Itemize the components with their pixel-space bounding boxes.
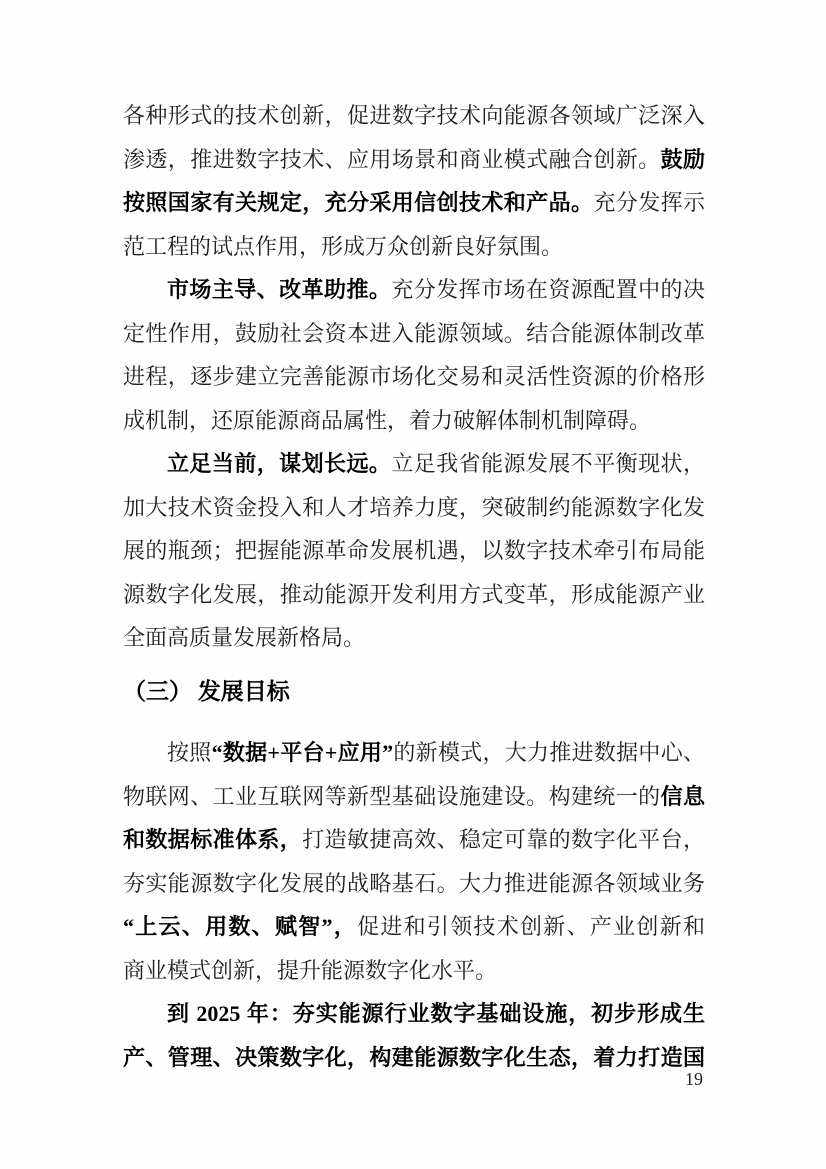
text-line: 商业模式创新，提升能源数字化水平。 (123, 949, 705, 993)
text-segment: 源数字化发展，推动能源开发利用方式变革，形成能源产业 (123, 582, 705, 607)
text-segment: 和数据标准体系， (123, 827, 302, 852)
text-segment: 加大技术资金投入和人才培养力度，突破制约能源数字化发 (123, 495, 705, 520)
text-segment: “上云、用数、赋智”， (123, 914, 357, 939)
text-segment: 成机制，还原能源商品属性，着力破解体制机制障碍。 (123, 408, 651, 433)
text-line: 按照“数据+平台+应用”的新模式，大力推进数据中心、 (123, 731, 705, 775)
paragraph: 各种形式的技术创新，促进数字技术向能源各领域广泛深入渗透，推进数字技术、应用场景… (123, 94, 705, 268)
text-line: （三） 发展目标 (123, 670, 705, 714)
text-line: 成机制，还原能源商品属性，着力破解体制机制障碍。 (123, 399, 705, 443)
text-line: 立足当前，谋划长远。立足我省能源发展不平衡现状， (123, 442, 705, 486)
text-segment: 各种形式的技术创新，促进数字技术向能源各领域广泛深入 (123, 103, 705, 128)
text-segment: 立足我省能源发展不平衡现状， (391, 451, 705, 476)
text-segment: （三） 发展目标 (123, 679, 290, 704)
text-line: 全面高质量发展新格局。 (123, 616, 705, 660)
text-segment: 市场主导、改革助推。 (167, 277, 391, 302)
document-text-block: 各种形式的技术创新，促进数字技术向能源各领域广泛深入渗透，推进数字技术、应用场景… (123, 94, 705, 1079)
text-line: 按照国家有关规定，充分采用信创技术和产品。充分发挥示 (123, 181, 705, 225)
text-line: 范工程的试点作用，形成万众创新良好氛围。 (123, 225, 705, 269)
text-line: 物联网、工业互联网等新型基础设施建设。构建统一的信息 (123, 775, 705, 819)
text-segment: 展的瓶颈；把握能源革命发展机遇，以数字技术牵引布局能 (123, 538, 705, 563)
text-line: 和数据标准体系，打造敏捷高效、稳定可靠的数字化平台， (123, 818, 705, 862)
text-segment: 促进和引领技术创新、产业创新和 (357, 914, 705, 939)
text-line: “上云、用数、赋智”，促进和引领技术创新、产业创新和 (123, 905, 705, 949)
text-segment: 渗透，推进数字技术、应用场景和商业模式融合创新。 (123, 147, 661, 172)
paragraph: 按照“数据+平台+应用”的新模式，大力推进数据中心、物联网、工业互联网等新型基础… (123, 731, 705, 992)
text-segment: 立足当前，谋划长远。 (167, 451, 391, 476)
text-line: 进程，逐步建立完善能源市场化交易和灵活性资源的价格形 (123, 355, 705, 399)
text-line: 渗透，推进数字技术、应用场景和商业模式融合创新。鼓励 (123, 138, 705, 182)
text-line: 加大技术资金投入和人才培养力度，突破制约能源数字化发 (123, 486, 705, 530)
text-segment: 鼓励 (661, 147, 705, 172)
text-segment: 信息 (661, 784, 705, 809)
text-line: 源数字化发展，推动能源开发利用方式变革，形成能源产业 (123, 573, 705, 617)
text-segment: “数据+平台+应用” (212, 740, 394, 765)
text-segment: 充分发挥市场在资源配置中的决 (391, 277, 705, 302)
text-segment: 充分发挥示 (593, 190, 705, 215)
text-segment: 的新模式，大力推进数据中心、 (393, 740, 705, 765)
text-segment: 物联网、工业互联网等新型基础设施建设。构建统一的 (123, 784, 661, 809)
text-line: 市场主导、改革助推。充分发挥市场在资源配置中的决 (123, 268, 705, 312)
paragraph: 到 2025 年：夯实能源行业数字基础设施，初步形成生产、管理、决策数字化，构建… (123, 992, 705, 1079)
text-line: 定性作用，鼓励社会资本进入能源领域。结合能源体制改革 (123, 312, 705, 356)
text-segment: 产、管理、决策数字化，构建能源数字化生态，着力打造国 (123, 1045, 705, 1070)
text-segment: 到 2025 年：夯实能源行业数字基础设施，初步形成生 (167, 1001, 705, 1026)
paragraph: 立足当前，谋划长远。立足我省能源发展不平衡现状，加大技术资金投入和人才培养力度，… (123, 442, 705, 660)
paragraph: 市场主导、改革助推。充分发挥市场在资源配置中的决定性作用，鼓励社会资本进入能源领… (123, 268, 705, 442)
text-segment: 范工程的试点作用，形成万众创新良好氛围。 (123, 234, 563, 259)
text-segment: 按照国家有关规定，充分采用信创技术和产品。 (123, 190, 593, 215)
document-page: 各种形式的技术创新，促进数字技术向能源各领域广泛深入渗透，推进数字技术、应用场景… (0, 0, 826, 1169)
text-segment: 商业模式创新，提升能源数字化水平。 (123, 958, 497, 983)
text-segment: 夯实能源数字化发展的战略基石。大力推进能源各领域业务 (123, 871, 705, 896)
page-number: 19 (123, 1068, 703, 1090)
text-segment: 进程，逐步建立完善能源市场化交易和灵活性资源的价格形 (123, 364, 705, 389)
text-segment: 定性作用，鼓励社会资本进入能源领域。结合能源体制改革 (123, 321, 705, 346)
text-segment: 打造敏捷高效、稳定可靠的数字化平台， (302, 827, 705, 852)
text-segment: 全面高质量发展新格局。 (123, 625, 365, 650)
text-segment: 按照 (167, 740, 212, 765)
text-line: 夯实能源数字化发展的战略基石。大力推进能源各领域业务 (123, 862, 705, 906)
section-heading: （三） 发展目标 (123, 670, 705, 714)
text-line: 展的瓶颈；把握能源革命发展机遇，以数字技术牵引布局能 (123, 529, 705, 573)
text-line: 各种形式的技术创新，促进数字技术向能源各领域广泛深入 (123, 94, 705, 138)
text-line: 到 2025 年：夯实能源行业数字基础设施，初步形成生 (123, 992, 705, 1036)
